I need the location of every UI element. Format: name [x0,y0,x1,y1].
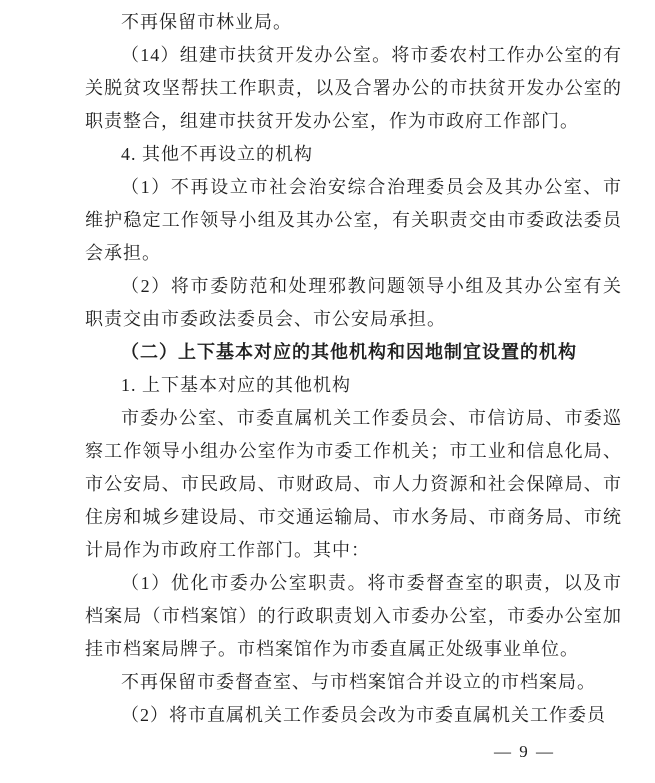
numbered-subheading: 4. 其他不再设立的机构 [85,138,622,171]
document-body: 不再保留市林业局。 （14）组建市扶贫开发办公室。将市委农村工作办公室的有关脱贫… [85,6,622,732]
section-heading: （二）上下基本对应的其他机构和因地制宜设置的机构 [85,336,622,369]
paragraph: （2）将市委防范和处理邪教问题领导小组及其办公室有关职责交由市委政法委员会、市公… [85,270,622,336]
paragraph: 不再保留市委督查室、与市档案馆合并设立的市档案局。 [85,666,622,699]
paragraph: （1）不再设立市社会治安综合治理委员会及其办公室、市维护稳定工作领导小组及其办公… [85,171,622,270]
paragraph: （1）优化市委办公室职责。将市委督查室的职责，以及市档案局（市档案馆）的行政职责… [85,567,622,666]
paragraph: 不再保留市林业局。 [85,6,622,39]
page-number: — 9 — [494,738,555,766]
document-page: 不再保留市林业局。 （14）组建市扶贫开发办公室。将市委农村工作办公室的有关脱贫… [0,0,655,783]
paragraph: （14）组建市扶贫开发办公室。将市委农村工作办公室的有关脱贫攻坚帮扶工作职责，以… [85,39,622,138]
paragraph: （2）将市直属机关工作委员会改为市委直属机关工作委员 [85,699,622,732]
numbered-subheading: 1. 上下基本对应的其他机构 [85,369,622,402]
paragraph: 市委办公室、市委直属机关工作委员会、市信访局、市委巡察工作领导小组办公室作为市委… [85,402,622,567]
